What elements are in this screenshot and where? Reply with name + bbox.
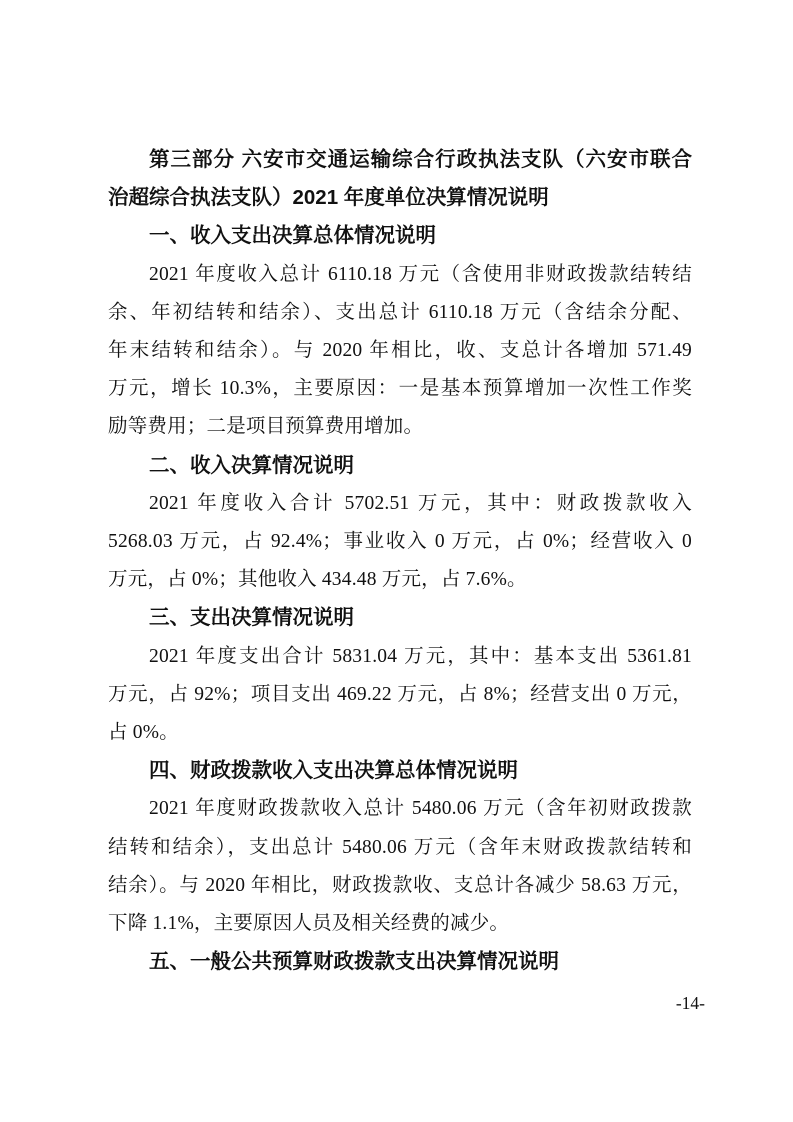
body-line: 万元，增长 10.3%，主要原因：一是基本预算增加一次性工作奖 (108, 370, 692, 408)
body-line: 2021 年度收入总计 6110.18 万元（含使用非财政拨款结转结 (108, 256, 692, 294)
body-line: 万元，占 0%；其他收入 434.48 万元，占 7.6%。 (108, 561, 692, 599)
body-line: 励等费用；二是项目预算费用增加。 (108, 408, 692, 446)
heading-line: 一、收入支出决算总体情况说明 (108, 217, 692, 255)
body-line: 占 0%。 (108, 714, 692, 752)
body-line: 余、年初结转和结余）、支出总计 6110.18 万元（含结余分配、 (108, 294, 692, 332)
heading-line: 三、支出决算情况说明 (108, 599, 692, 637)
heading-line: 第三部分 六安市交通运输综合行政执法支队（六安市联合 (108, 141, 692, 179)
body-line: 年末结转和结余）。与 2020 年相比，收、支总计各增加 571.49 (108, 332, 692, 370)
page-number: -14- (676, 991, 705, 1015)
heading-line: 治超综合执法支队）2021 年度单位决算情况说明 (108, 179, 692, 217)
document-page: 第三部分 六安市交通运输综合行政执法支队（六安市联合治超综合执法支队）2021 … (0, 0, 793, 1122)
body-line: 下降 1.1%，主要原因人员及相关经费的减少。 (108, 905, 692, 943)
heading-line: 五、一般公共预算财政拨款支出决算情况说明 (108, 943, 692, 981)
body-line: 结余）。与 2020 年相比，财政拨款收、支总计各减少 58.63 万元， (108, 867, 692, 905)
heading-line: 二、收入决算情况说明 (108, 447, 692, 485)
body-line: 结转和结余），支出总计 5480.06 万元（含年末财政拨款结转和 (108, 829, 692, 867)
body-line: 2021 年度收入合计 5702.51 万元，其中：财政拨款收入 (108, 485, 692, 523)
body-line: 5268.03 万元，占 92.4%；事业收入 0 万元，占 0%；经营收入 0 (108, 523, 692, 561)
body-line: 万元，占 92%；项目支出 469.22 万元，占 8%；经营支出 0 万元， (108, 676, 692, 714)
document-body: 第三部分 六安市交通运输综合行政执法支队（六安市联合治超综合执法支队）2021 … (108, 141, 692, 981)
body-line: 2021 年度支出合计 5831.04 万元，其中：基本支出 5361.81 (108, 638, 692, 676)
body-line: 2021 年度财政拨款收入总计 5480.06 万元（含年初财政拨款 (108, 790, 692, 828)
heading-line: 四、财政拨款收入支出决算总体情况说明 (108, 752, 692, 790)
